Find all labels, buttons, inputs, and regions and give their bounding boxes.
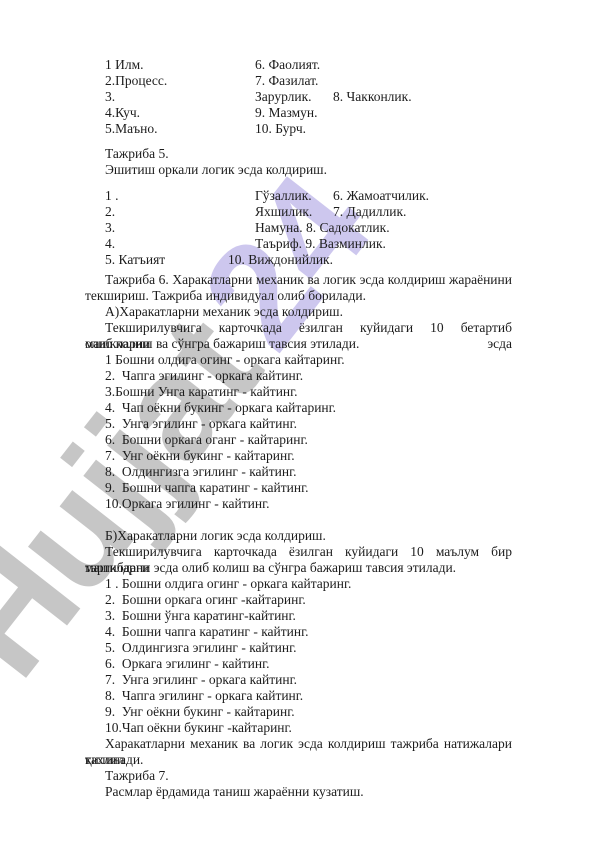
list-item: 4. Бошни чапга каратинг - кайтинг. [85,624,512,640]
list-row: 5. Катъият 10. Виждонийлик. [85,252,512,268]
list-item: 3.Бошни Унга каратинг - кайтинг. [85,384,512,400]
list-row: 2. Яхшилик. 7. Дадиллик. [85,204,512,220]
list-cell: 7. Фазилат. [255,73,318,89]
list-cell: 6. Фаолият. [255,57,320,73]
list-row: 4. Таъриф. 9. Вазминлик. [85,236,512,252]
list-row: 2.Процесс. 7. Фазилат. [85,73,512,89]
list-row: 3. Зарурлик. 8. Чакконлик. [85,89,512,105]
word-list-qualities: 1 . Гўзаллик. 6. Жамоатчилик. 2. Яхшилик… [85,188,512,268]
list-cell: 10. Виждонийлик. [228,252,333,268]
list-item: 6. Бошни оркага оганг - кайтаринг. [85,432,512,448]
list-item: 3. Бошни ўнга каратинг-кайтинг. [85,608,512,624]
experiment-6-intro-line: текшириш. Тажриба индивидуал олиб борила… [85,288,512,304]
section-b-exercise-list: 1 . Бошни олдига огинг - оркага кайтарин… [85,576,512,736]
word-list-top: 1 Илм. 6. Фаолият. 2.Процесс. 7. Фазилат… [85,57,512,137]
list-cell: 6. Жамоатчилик. [333,188,429,204]
document-page: 1 Илм. 6. Фаолият. 2.Процесс. 7. Фазилат… [85,57,512,800]
list-cell: Гўзаллик. [255,188,312,204]
list-item: 9. Унг оёкни букинг - кайтаринг. [85,704,512,720]
list-item: 5. Олдингизга эгилинг - кайтинг. [85,640,512,656]
list-cell: 7. Дадиллик. [333,204,406,220]
list-item: 6. Оркага эгилинг - кайтинг. [85,656,512,672]
list-cell: 1 Илм. [105,57,144,73]
list-item: 4. Чап оёкни букинг - оркага кайтаринг. [85,400,512,416]
list-cell: Намуна. 8. Садокатлик. [255,220,390,236]
list-cell: Таъриф. 9. Вазминлик. [255,236,386,252]
list-item: 9. Бошни чапга каратинг - кайтинг. [85,480,512,496]
list-cell: Яхшилик. [255,204,312,220]
list-item: 2. Чапга эгилинг - оркага кайтинг. [85,368,512,384]
list-cell: 5. Катъият [105,252,165,268]
list-cell: Зарурлик. [255,89,312,105]
list-cell: 4. [105,236,115,252]
list-item: 2. Бошни оркага огинг -кайтаринг. [85,592,512,608]
section-a-exercise-list: 1 Бошни олдига огинг - оркага кайтаринг.… [85,352,512,512]
list-row: 1 Илм. 6. Фаолият. [85,57,512,73]
list-item: 10.Чап оёкни букинг -кайтаринг. [85,720,512,736]
section-b-heading: Б)Харакатларни логик эсда колдириш. [85,528,512,544]
section-a-heading: А)Харакатларни механик эсда колдириш. [85,304,512,320]
experiment-6-conclusion-line: қилинади. [85,752,512,768]
experiment-6-intro-line: Тажриба 6. Харакатларни механик ва логик… [85,272,512,288]
list-cell: 1 . [105,188,119,204]
list-cell: 2. [105,204,115,220]
list-cell: 10. Бурч. [255,121,306,137]
list-cell: 3. [105,220,115,236]
experiment-6-conclusion-line: Харакатларни механик ва логик эсда колди… [85,736,512,752]
list-cell: 5.Маъно. [105,121,157,137]
experiment-7-title: Тажриба 7. [85,768,512,784]
section-a-instruction-line: Текширилувчига карточкада ёзилган куйида… [85,320,512,336]
list-item: 1 Бошни олдига огинг - оркага кайтаринг. [85,352,512,368]
list-item: 7. Унг оёкни букинг - кайтаринг. [85,448,512,464]
experiment-7-subtitle: Расмлар ёрдамида таниш жараённи кузатиш. [85,784,512,800]
list-item: 10.Оркага эгилинг - кайтинг. [85,496,512,512]
list-row: 5.Маъно. 10. Бурч. [85,121,512,137]
list-cell: 2.Процесс. [105,73,167,89]
list-cell: 4.Куч. [105,105,140,121]
list-row: 1 . Гўзаллик. 6. Жамоатчилик. [85,188,512,204]
list-item: 8. Олдингизга эгилинг - кайтинг. [85,464,512,480]
list-item: 8. Чапга эгилинг - оркага кайтинг. [85,688,512,704]
section-b-instruction-line: машкларни эсда олиб колиш ва сўнгра бажа… [85,560,512,576]
experiment-5-title: Тажриба 5. [85,146,512,162]
list-cell: 8. Чакконлик. [333,89,412,105]
list-item: 5. Унга эгилинг - оркага кайтинг. [85,416,512,432]
list-cell: 3. [105,89,115,105]
list-row: 3. Намуна. 8. Садокатлик. [85,220,512,236]
list-item: 1 . Бошни олдига огинг - оркага кайтарин… [85,576,512,592]
section-b-instruction-line: Текширилувчига карточкада ёзилган куйида… [85,544,512,560]
list-cell: 9. Мазмун. [255,105,318,121]
list-item: 7. Унга эгилинг - оркага кайтинг. [85,672,512,688]
experiment-5-subtitle: Эшитиш оркали логик эсда колдириш. [85,162,512,178]
list-row: 4.Куч. 9. Мазмун. [85,105,512,121]
